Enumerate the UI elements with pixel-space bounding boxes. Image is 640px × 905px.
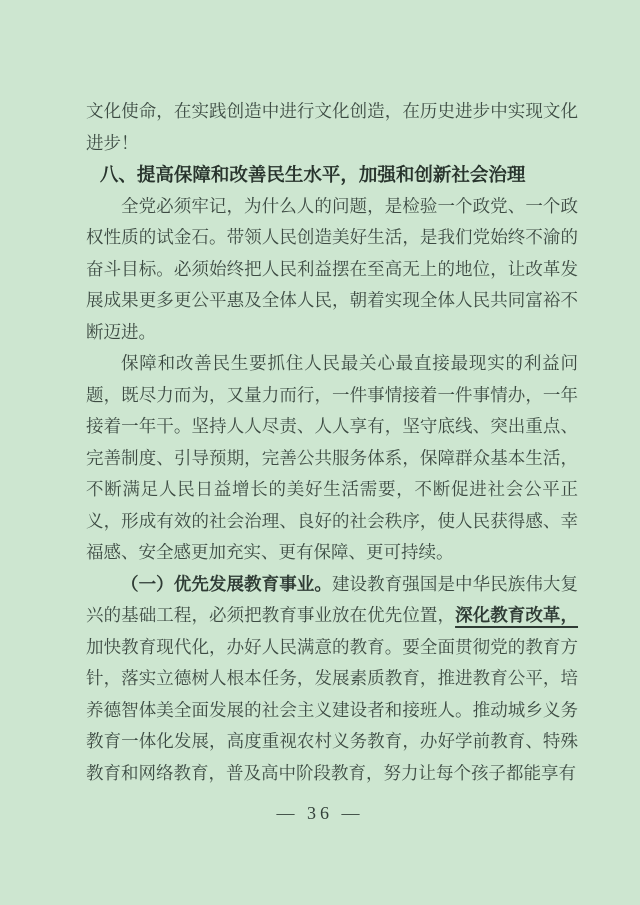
text-segment: （一）优先发展教育事业。 — [121, 574, 332, 594]
page-number: — 36 — — [0, 803, 640, 824]
paragraph: 保障和改善民生要抓住人民最关心最直接最现实的利益问题，既尽力而为，又量力而行，一… — [86, 348, 578, 569]
section-heading: 八、提高保障和改善民生水平，加强和创新社会治理 — [86, 159, 578, 191]
text-segment: 文化使命，在实践创造中进行文化创造，在历史进步中实现文化进步！ — [86, 101, 578, 153]
paragraph: 文化使命，在实践创造中进行文化创造，在历史进步中实现文化进步！ — [86, 96, 578, 159]
text-segment: 全党必须牢记，为什么人的问题，是检验一个政党、一个政权性质的试金石。带领人民创造… — [86, 196, 578, 342]
paragraph: 全党必须牢记，为什么人的问题，是检验一个政党、一个政权性质的试金石。带领人民创造… — [86, 191, 578, 349]
text-segment: 深化教育改革， — [455, 605, 578, 625]
document-content: 文化使命，在实践创造中进行文化创造，在历史进步中实现文化进步！八、提高保障和改善… — [86, 96, 578, 789]
text-segment: 保障和改善民生要抓住人民最关心最直接最现实的利益问题，既尽力而为，又量力而行，一… — [86, 353, 578, 562]
document-page: 文化使命，在实践创造中进行文化创造，在历史进步中实现文化进步！八、提高保障和改善… — [0, 0, 640, 905]
text-segment: 加快教育现代化，办好人民满意的教育。要全面贯彻党的教育方针，落实立德树人根本任务… — [86, 637, 578, 783]
paragraph: （一）优先发展教育事业。建设教育强国是中华民族伟大复兴的基础工程，必须把教育事业… — [86, 569, 578, 790]
section-heading-text: 八、提高保障和改善民生水平，加强和创新社会治理 — [100, 164, 526, 185]
